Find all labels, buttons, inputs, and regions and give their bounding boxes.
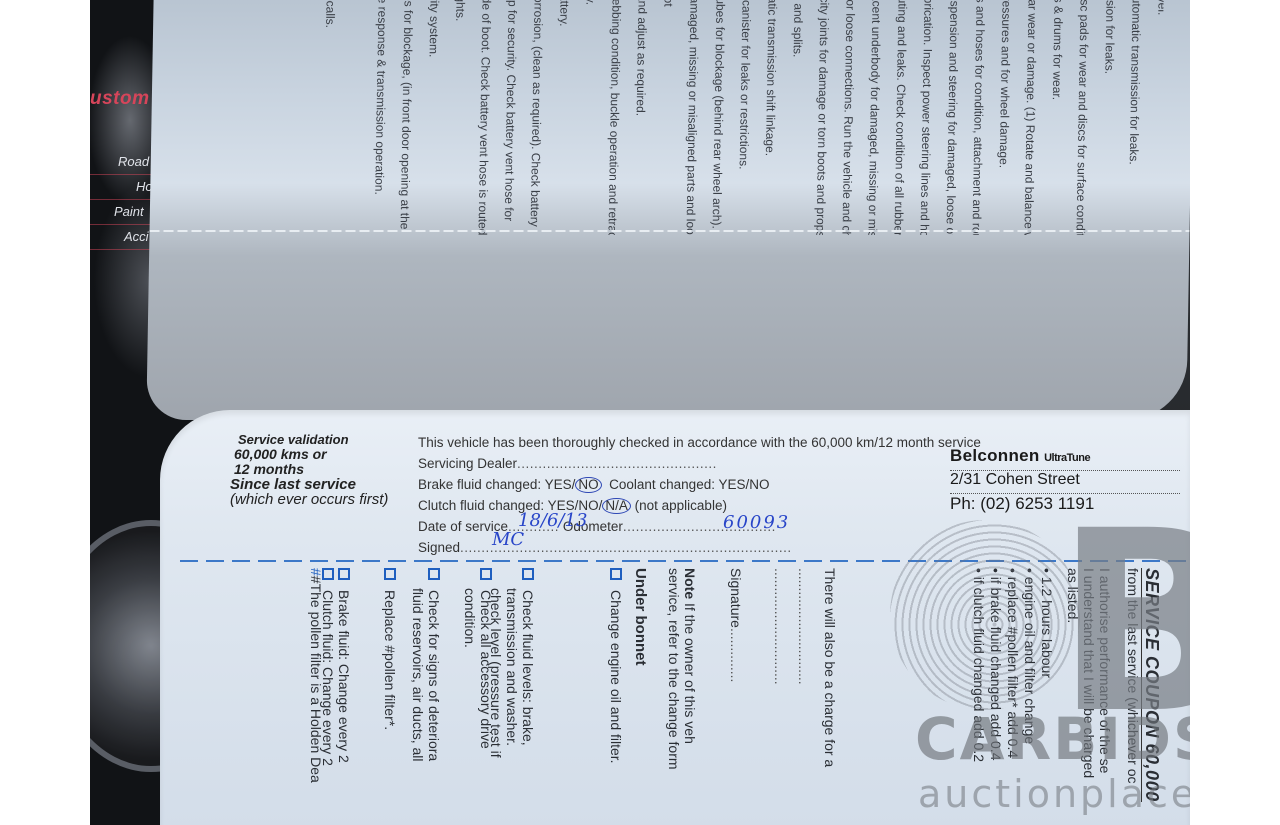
checklist-item: Check for signs of deteriorafluid reserv… — [410, 568, 442, 762]
extra-charge: There will also be a charge for a — [822, 568, 838, 767]
date-value: 18/6/13 — [518, 510, 587, 531]
signed-row: Signed..................................… — [418, 537, 978, 558]
upper-page: ecalls.e.ne response & transmission oper… — [146, 0, 1190, 420]
dealer-brand-logo: UltraTune — [1044, 452, 1090, 464]
upper-page-line: ocity joints for damage or torn boots an… — [813, 0, 831, 235]
checkbox[interactable] — [428, 568, 440, 580]
upper-page-line: ubrication. Inspect power steering lines… — [917, 0, 935, 235]
upper-page-line: and adjust as required. — [634, 0, 649, 116]
owner-note: Note If the owner of this veh service, r… — [666, 568, 698, 770]
brake-fluid-label: Brake fluid changed: YES/ — [418, 477, 575, 492]
checklist-text: Check for signs of deteriora — [426, 590, 442, 761]
upper-page-line: uspension and steering for damaged, loos… — [943, 0, 961, 235]
validation-since: Since last service — [230, 477, 420, 492]
pollen-footnote: ##The pollen filter is a Holden Dea — [308, 568, 324, 783]
authorise-line: as listed. — [1065, 568, 1081, 778]
validation-km: 60,000 kms or — [230, 447, 420, 462]
upper-page-line: n canister for leaks or restrictions. — [737, 0, 753, 169]
form-statement: This vehicle has been thoroughly checked… — [418, 432, 978, 453]
upper-page-line: ssion for leaks. — [1102, 0, 1116, 74]
coupon-charges: • 1.2 hours labour• engine oil and filte… — [970, 568, 1055, 762]
upper-page-line: evel. — [1155, 0, 1163, 15]
charge-text: replace #pollen filter* add 0.4 — [1005, 577, 1021, 758]
brochure-brand-text: ustom — [90, 88, 150, 110]
upper-page-line: urity system. — [427, 0, 441, 57]
bullet-icon: • — [988, 568, 1004, 577]
checklist-text: fluid reservoirs, air ducts, all — [410, 588, 426, 762]
page-fold — [150, 230, 1190, 232]
upper-page-line: ide of boot. Check battery vent hose is … — [475, 0, 492, 235]
checklist-item: Brake fluid: Change every 2 — [336, 568, 352, 763]
dealer-label: Servicing Dealer — [418, 456, 517, 471]
checkbox[interactable] — [610, 568, 622, 580]
upper-page-line: ay. — [583, 0, 596, 5]
charge-item: • 1.2 hours labour — [1038, 568, 1055, 762]
upper-page-checklist: ecalls.e.ne response & transmission oper… — [259, 0, 1163, 235]
charge-item: • engine oil and filter change — [1021, 568, 1038, 762]
charge-item: • replace #pollen filter* add 0.4 — [1004, 568, 1021, 762]
authorise-line: I understand that I will be charged — [1081, 568, 1097, 778]
booklet-photo: ustom Road Ho Paint Acci ecalls.e.ne res… — [90, 0, 1190, 825]
upper-page-line: mp for security. Check battery vent hose… — [502, 0, 519, 221]
checklist-text: Replace #pollen filter*. — [382, 590, 398, 730]
checklist-text: transmission and washer. — [504, 588, 520, 746]
checklist-item: Check fluid levels: brake,transmission a… — [488, 568, 536, 758]
service-form: This vehicle has been thoroughly checked… — [418, 432, 978, 558]
blank-line: .............................. — [772, 568, 788, 685]
charge-text: if brake fluid changed add 0.4 — [988, 577, 1004, 761]
coupon-title-column: SERVICE COUPON 60,000 from the last serv… — [1125, 568, 1160, 802]
checklist-text: Check all accessory drive — [478, 590, 494, 749]
validation-months: 12 months — [230, 462, 420, 477]
upper-page-line: ilar wear or damage. (1) Rotate and bala… — [1021, 0, 1039, 235]
dealer-phone: Ph: (02) 6253 1191 — [950, 493, 1180, 514]
checklist-item: Check all accessory drivecondition. — [462, 568, 494, 749]
authorise-line: I authorise performance of the se — [1097, 568, 1113, 778]
checklist-text: Change engine oil and filter. — [608, 590, 624, 764]
coupon-title: SERVICE COUPON 60,000 — [1141, 568, 1160, 802]
checkbox[interactable] — [384, 568, 396, 580]
odometer-value: 60093 — [723, 512, 790, 533]
checkbox[interactable] — [338, 568, 350, 580]
upper-page-line: es and hoses for condition, attachment a… — [969, 0, 987, 235]
checkbox[interactable] — [522, 568, 534, 580]
checklist-text: Brake fluid: Change every 2 — [336, 590, 352, 763]
checklist-item: Replace #pollen filter*. — [382, 568, 398, 730]
signature-label: Signature — [728, 568, 744, 628]
signature-row: Signature.............. — [728, 568, 744, 682]
upper-page-line: outing and leaks. Check condition of all… — [891, 0, 909, 235]
coolant-label: Coolant changed: YES/NO — [609, 477, 769, 492]
upper-page-line: webbing condition, buckle operation and … — [605, 0, 623, 235]
checkbox[interactable] — [480, 568, 492, 580]
signed-value: MC — [492, 529, 524, 550]
validation-note: (which ever occurs first) — [230, 492, 420, 507]
note-text: service, refer to the change form — [666, 568, 682, 770]
blank-line: .............................. — [796, 568, 812, 685]
upper-page-line: lights. — [453, 0, 467, 21]
charge-text: if clutch fluid changed add 0.2 — [971, 577, 987, 762]
dealer-name: Belconnen — [950, 446, 1040, 465]
validation-title: Service validation — [230, 432, 420, 447]
upper-page-line: attery. — [557, 0, 571, 26]
upper-page-line: acent underbody for damaged, missing or … — [865, 0, 883, 235]
bullet-icon: • — [1005, 568, 1021, 577]
clutch-fluid-row: Clutch fluid changed: YES/NO/N/A (not ap… — [418, 495, 978, 516]
upper-page-line: tubes for blockage (behind rear wheel ar… — [710, 0, 727, 229]
upper-page-line: natic transmission shift linkage. — [763, 0, 779, 156]
brake-fluid-selected: NO — [575, 477, 601, 493]
service-validation-page: Service validation 60,000 kms or 12 mont… — [160, 410, 1190, 825]
upper-page-line: automatic transmission for leaks. — [1127, 0, 1143, 165]
dealer-row: Servicing Dealer........................… — [418, 453, 978, 474]
upper-page-line: damaged, missing or misaligned parts and… — [683, 0, 700, 235]
upper-page-line: s or loose connections. Run the vehicle … — [839, 0, 857, 235]
bullet-icon: • — [1039, 568, 1055, 577]
upper-page-line: ecalls. — [323, 0, 337, 28]
tear-line — [180, 560, 1190, 562]
note-text: If the owner of this veh — [682, 599, 698, 744]
upper-page-line: corrosion, (clean as required). Check ba… — [528, 0, 545, 227]
section-under-bonnet: Under bonnet — [632, 568, 648, 666]
signed-label: Signed — [418, 540, 460, 555]
checklist-item: Change engine oil and filter. — [608, 568, 624, 764]
clutch-fluid-selected: N/A — [602, 498, 631, 514]
upper-page-line: ne response & transmission operation. — [372, 0, 389, 195]
bullet-icon: • — [971, 568, 987, 577]
dealer-address: 2/31 Cohen Street — [950, 470, 1180, 489]
clutch-fluid-note: (not applicable) — [635, 498, 727, 513]
footnote-text: #The pollen filter is a Holden Dea — [308, 576, 324, 783]
upper-page-line: gs & drums for wear. — [1050, 0, 1065, 100]
charge-text: 1.2 hours labour — [1039, 577, 1055, 678]
upper-page-line: pressures and for wheel damage. — [997, 0, 1013, 168]
checklist-text: Check fluid levels: brake, — [520, 590, 536, 746]
brake-fluid-row: Brake fluid changed: YES/NO Coolant chan… — [418, 474, 978, 495]
charge-item: • if brake fluid changed add 0.4 — [987, 568, 1004, 762]
checklist-text: condition. — [462, 588, 478, 648]
upper-page-line: es for blockage, (in front door opening … — [398, 0, 415, 229]
upper-page-line: oot — [661, 0, 674, 7]
coupon-subtitle: from the last service (whichever oc — [1125, 568, 1141, 802]
note-label: Note — [682, 568, 698, 599]
bullet-icon: • — [1022, 568, 1038, 577]
charge-item: • if clutch fluid changed add 0.2 — [970, 568, 987, 762]
service-coupon: SERVICE COUPON 60,000 from the last serv… — [160, 568, 1190, 825]
coupon-authorise: I authorise performance of the se I unde… — [1065, 568, 1113, 778]
charge-text: engine oil and filter change — [1022, 577, 1038, 744]
upper-page-line: s and splits. — [791, 0, 805, 57]
dealer-stamp: Belconnen UltraTune 2/31 Cohen Street Ph… — [950, 446, 1180, 514]
upper-page-line: disc pads for wear and discs for surface… — [1073, 0, 1091, 235]
service-validation-heading: Service validation 60,000 kms or 12 mont… — [230, 432, 420, 507]
